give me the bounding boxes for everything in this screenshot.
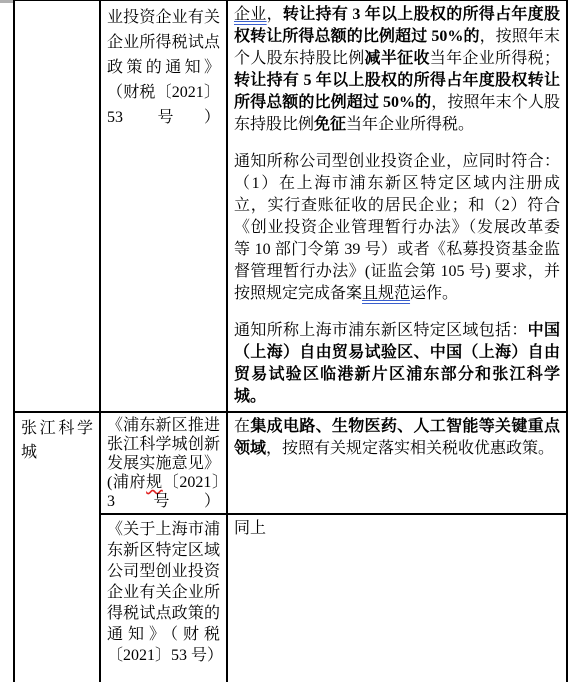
tax-policy-table: 业投资企业有关企业所得税试点政策的通知》（财税〔2021〕53 号） 企业，转让… — [13, 0, 568, 682]
table-row-continuation: 业投资企业有关企业所得税试点政策的通知》（财税〔2021〕53 号） 企业，转让… — [14, 0, 567, 412]
page-edge-notch — [0, 0, 13, 3]
document-page: 业投资企业有关企业所得税试点政策的通知》（财税〔2021〕53 号） 企业，转让… — [0, 0, 583, 682]
policy-doc-cell-pufugui-2021-3: 《浦东新区推进张江科学城创新发展实施意见》(浦府规〔2021〕3 号） — [100, 412, 227, 514]
policy-doc-cell-caishui53-continued: 业投资企业有关企业所得税试点政策的通知》（财税〔2021〕53 号） — [100, 0, 227, 412]
region-cell-empty — [14, 0, 100, 412]
policy-content-cell-key-fields: 在集成电路、生物医药、人工智能等关键重点领域，按照有关规定落实相关税收优惠政策。 — [227, 412, 567, 514]
policy-doc-cell-caishui53: 《关于上海市浦东新区特定区域公司型创业投资企业有关企业所得税试点政策的通知》（财… — [100, 514, 227, 682]
policy-content-cell-ditto: 同上 — [227, 514, 567, 682]
table-row-zhangjiang-first: 张江科学城 《浦东新区推进张江科学城创新发展实施意见》(浦府规〔2021〕3 号… — [14, 412, 567, 514]
policy-content-cell-venture-capital: 企业，转让持有 3 年以上股权的所得占年度股权转让所得总额的比例超过 50%的，… — [227, 0, 567, 412]
region-cell-zhangjiang: 张江科学城 — [14, 412, 100, 682]
